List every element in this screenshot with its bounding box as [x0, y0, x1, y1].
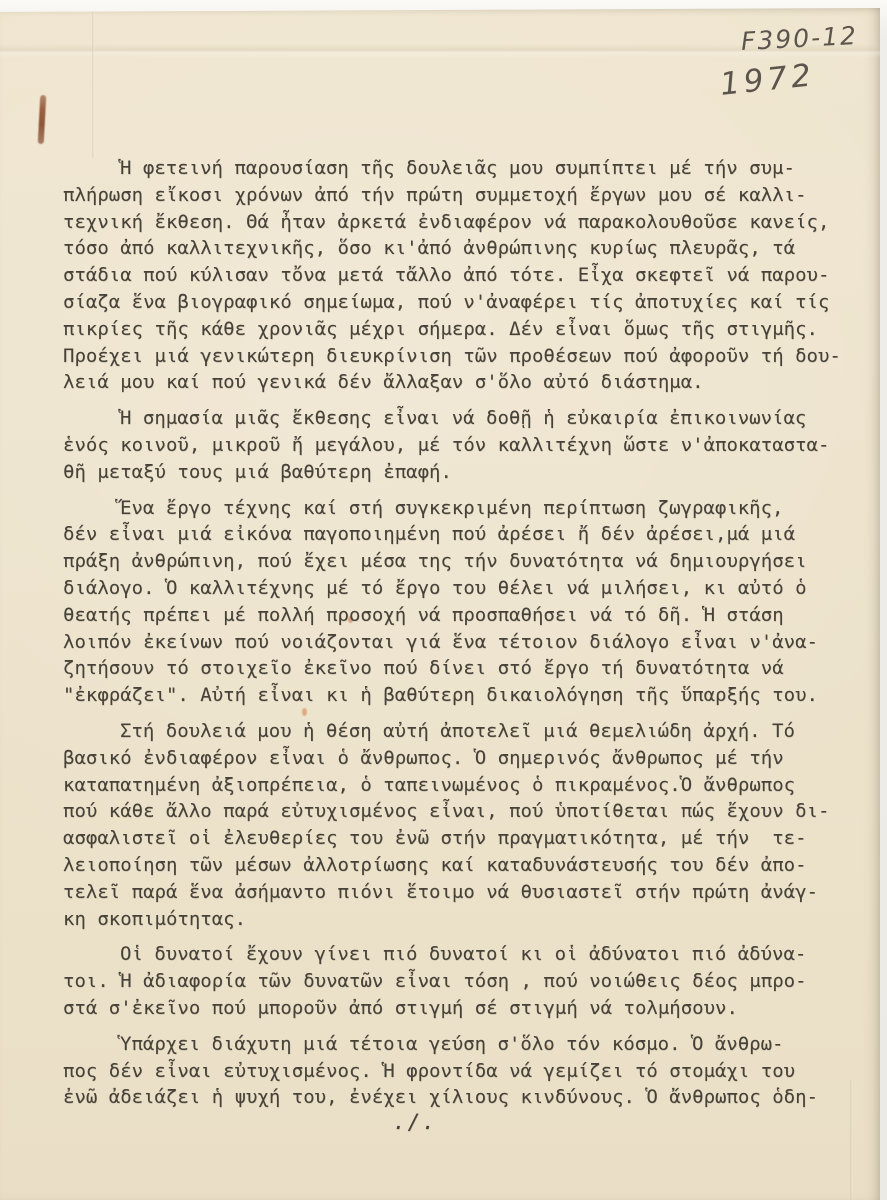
typewritten-text-body: Ἡ φετεινή παρουσίαση τῆς δουλειᾶς μου συ…	[63, 155, 863, 1120]
text-line: Οἱ δυνατοί ἔχουν γίνει πιό δυνατοί κι οἱ…	[63, 941, 863, 968]
paragraph: Ὑπάρχει διάχυτη μιά τέτοια γεύση σ'ὅλο τ…	[63, 1031, 863, 1111]
fold-crease-vertical	[92, 8, 95, 158]
text-line: λοιπόν ἐκείνων πού νοιάζονται γιά ἕνα τέ…	[63, 629, 863, 656]
text-line: Ἡ φετεινή παρουσίαση τῆς δουλειᾶς μου συ…	[63, 155, 863, 182]
text-line: πος δέν εἶναι εὐτυχισμένος. Ἡ φροντίδα ν…	[63, 1058, 863, 1085]
scanned-document-page: F390-12 1972 Ἡ φετεινή παρουσίαση τῆς δο…	[0, 0, 887, 1200]
text-line: πράξη ἀνθρώπινη, πού ἔχει μέσα της τήν δ…	[63, 548, 863, 575]
text-line: θεατής πρέπει μέ πολλή προσοχή νά προσπα…	[63, 602, 863, 629]
paper-sheet: F390-12 1972 Ἡ φετεινή παρουσίαση τῆς δο…	[0, 8, 880, 1200]
continuation-mark: ./.	[393, 1110, 437, 1134]
text-line: ασφαλιστεῖ οἱ ἐλευθερίες του ἐνῶ στήν πρ…	[63, 825, 863, 852]
text-line: Ὑπάρχει διάχυτη μιά τέτοια γεύση σ'ὅλο τ…	[63, 1031, 863, 1058]
text-line: Ἡ σημασία μιᾶς ἔκθεσης εἶναι νά δοθῇ ἡ ε…	[63, 405, 863, 432]
text-line: τεχνική ἔκθεση. Θά ἦταν ἀρκετά ἐνδιαφέρο…	[63, 209, 863, 236]
text-line: κη σκοπιμότητας.	[63, 906, 863, 933]
text-line: τόσο ἀπό καλλιτεχνικῆς, ὅσο κι'ἀπό ἀνθρώ…	[63, 235, 863, 262]
paragraph: Ἡ σημασία μιᾶς ἔκθεσης εἶναι νά δοθῇ ἡ ε…	[63, 405, 863, 485]
text-line: διάλογο. Ὁ καλλιτέχνης μέ τό ἔργο του θέ…	[63, 575, 863, 602]
paragraph: Ἡ φετεινή παρουσίαση τῆς δουλειᾶς μου συ…	[63, 155, 863, 396]
text-line: ἑνός κοινοῦ, μικροῦ ἤ μεγάλου, μέ τόν κα…	[63, 432, 863, 459]
text-line: λειοποίηση τῶν μέσων ἀλλοτρίωσης καί κατ…	[63, 852, 863, 879]
text-line: πικρίες τῆς κάθε χρονιᾶς μέχρι σήμερα. Δ…	[63, 316, 863, 343]
text-line: Στή δουλειά μου ἡ θέση αὐτή ἀποτελεῖ μιά…	[63, 718, 863, 745]
text-line: πλήρωση εἴκοσι χρόνων ἀπό τήν πρώτη συμμ…	[63, 182, 863, 209]
text-line: σίαζα ἕνα βιογραφικό σημείωμα, πού ν'ἀνα…	[63, 289, 863, 316]
text-line: λειά μου καί πού γενικά δέν ἄλλαξαν σ'ὅλ…	[63, 369, 863, 396]
text-line: θῆ μεταξύ τους μιά βαθύτερη ἐπαφή.	[63, 459, 863, 486]
handwritten-year: 1972	[718, 57, 816, 103]
text-line: τοι. Ἡ ἀδιαφορία τῶν δυνατῶν εἶναι τόση …	[63, 968, 863, 995]
paragraph: Ἕνα ἔργο τέχνης καί στή συγκεκριμένη περ…	[63, 495, 863, 709]
text-line: στάδια πού κύλισαν τὄνα μετά τἄλλο ἀπό τ…	[63, 262, 863, 289]
text-line: Ἕνα ἔργο τέχνης καί στή συγκεκριμένη περ…	[63, 495, 863, 522]
paragraph: Οἱ δυνατοί ἔχουν γίνει πιό δυνατοί κι οἱ…	[63, 941, 863, 1021]
text-line: τελεῖ παρά ἕνα ἀσήμαντο πιόνι ἕτοιμο νά …	[63, 879, 863, 906]
text-line: "ἐκφράζει". Αὐτή εἶναι κι ἡ βαθύτερη δικ…	[63, 682, 863, 709]
rust-stain	[38, 95, 47, 144]
handwritten-catalog-number: F390-12	[740, 21, 858, 56]
text-line: ζητήσουν τό στοιχεῖο ἐκεῖνο πού δίνει στ…	[63, 655, 863, 682]
text-line: δέν εἶναι μιά εἰκόνα παγοποιημένη πού ἀρ…	[63, 521, 863, 548]
text-line: βασικό ἐνδιαφέρον εἶναι ὁ ἄνθρωπος. Ὁ ση…	[63, 745, 863, 772]
text-line: ἐνῶ ἀδειάζει ἡ ψυχή του, ἐνέχει χίλιους …	[63, 1084, 863, 1111]
text-line: στά σ'ἐκεῖνο πού μποροῦν ἀπό στιγμή σέ σ…	[63, 995, 863, 1022]
text-line: Προέχει μιά γενικώτερη διευκρίνιση τῶν π…	[63, 343, 863, 370]
text-line: καταπατημένη ἀξιοπρέπεια, ὁ ταπεινωμένος…	[63, 772, 863, 799]
text-line: πού κάθε ἄλλο παρά εὐτυχισμένος εἶναι, π…	[63, 798, 863, 825]
paragraph: Στή δουλειά μου ἡ θέση αὐτή ἀποτελεῖ μιά…	[63, 718, 863, 932]
